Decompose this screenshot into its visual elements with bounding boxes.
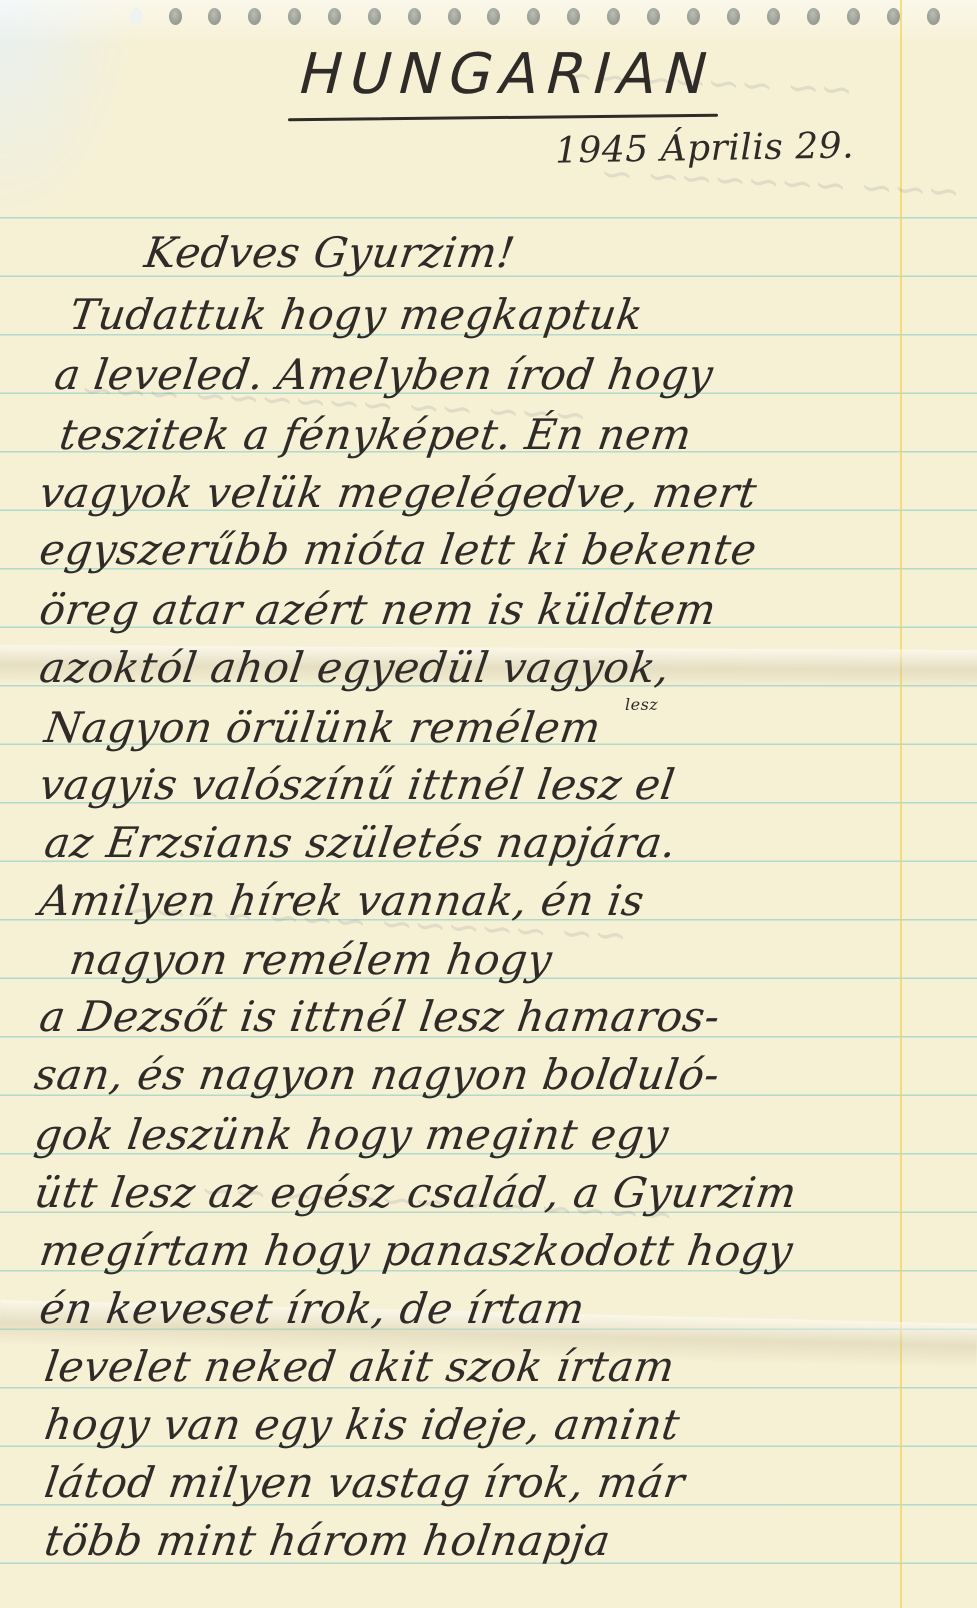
hole	[887, 8, 900, 25]
hole	[408, 8, 421, 25]
letter-line: én keveset írok, de írtam	[37, 1284, 588, 1333]
letter-line: a Dezsőt is ittnél lesz hamaros-	[37, 992, 724, 1041]
hole	[368, 8, 381, 25]
letter-line: az Erzsians születés napjára.	[42, 818, 680, 867]
letter-page: ~~ ~~~~ ~~ ~~~ ~~~~~~ ~ ~~~ ~~ ~~~~~~ ~~…	[0, 0, 977, 1608]
hole	[487, 8, 500, 25]
hole	[567, 8, 580, 25]
hole	[927, 8, 940, 25]
hole	[727, 8, 740, 25]
letter-line: teszitek a fényképet. Én nem	[57, 410, 695, 459]
letter-line: Nagyon örülünk remélem	[42, 703, 604, 752]
letter-line: gok leszünk hogy megint egy	[32, 1110, 672, 1159]
letter-line: levelet neked akit szok írtam	[42, 1342, 678, 1391]
letter-date: 1945 Április 29.	[555, 125, 855, 171]
hole	[208, 8, 221, 25]
letter-line: több mint három holnapja	[42, 1516, 614, 1565]
salutation: Kedves Gyurzim!	[142, 228, 519, 277]
letter-line: öreg atar azért nem is küldtem	[37, 585, 720, 634]
letter-line: hogy van egy kis ideje, amint	[42, 1400, 683, 1449]
hole	[767, 8, 780, 25]
hole	[448, 8, 461, 25]
letter-line: látod milyen vastag írok, már	[42, 1458, 688, 1507]
hole	[527, 8, 540, 25]
letter-line: vagyis valószínű ittnél lesz el	[37, 760, 679, 809]
hole	[169, 8, 182, 25]
letter-line: megírtam hogy panaszkodott hogy	[37, 1226, 797, 1275]
header-underline	[288, 114, 718, 122]
letter-line: egyszerűbb mióta lett ki bekente	[37, 525, 760, 574]
punched-holes	[0, 8, 977, 28]
hole	[288, 8, 301, 25]
hole	[328, 8, 341, 25]
hole	[647, 8, 660, 25]
hole	[807, 8, 820, 25]
hole	[687, 8, 700, 25]
letter-line: a leveled. Amelyben írod hogy	[52, 350, 717, 399]
letter-line: Amilyen hírek vannak, én is	[37, 876, 648, 925]
hole	[847, 8, 860, 25]
hole	[130, 8, 143, 25]
letter-header: HUNGARIAN	[292, 42, 723, 107]
letter-line: azoktól ahol egyedül vagyok,	[37, 643, 673, 692]
hole	[248, 8, 261, 25]
hole	[607, 8, 620, 25]
letter-line: vagyok velük megelégedve, mert	[37, 468, 760, 517]
letter-line: nagyon remélem hogy	[67, 935, 556, 984]
letter-line: ütt lesz az egész család, a Gyurzim	[32, 1168, 800, 1217]
letter-line: san, és nagyon nagyon bolduló-	[32, 1050, 723, 1099]
interlinear-insert: lesz	[625, 695, 658, 714]
letter-line: Tudattuk hogy megkaptuk	[67, 290, 647, 339]
